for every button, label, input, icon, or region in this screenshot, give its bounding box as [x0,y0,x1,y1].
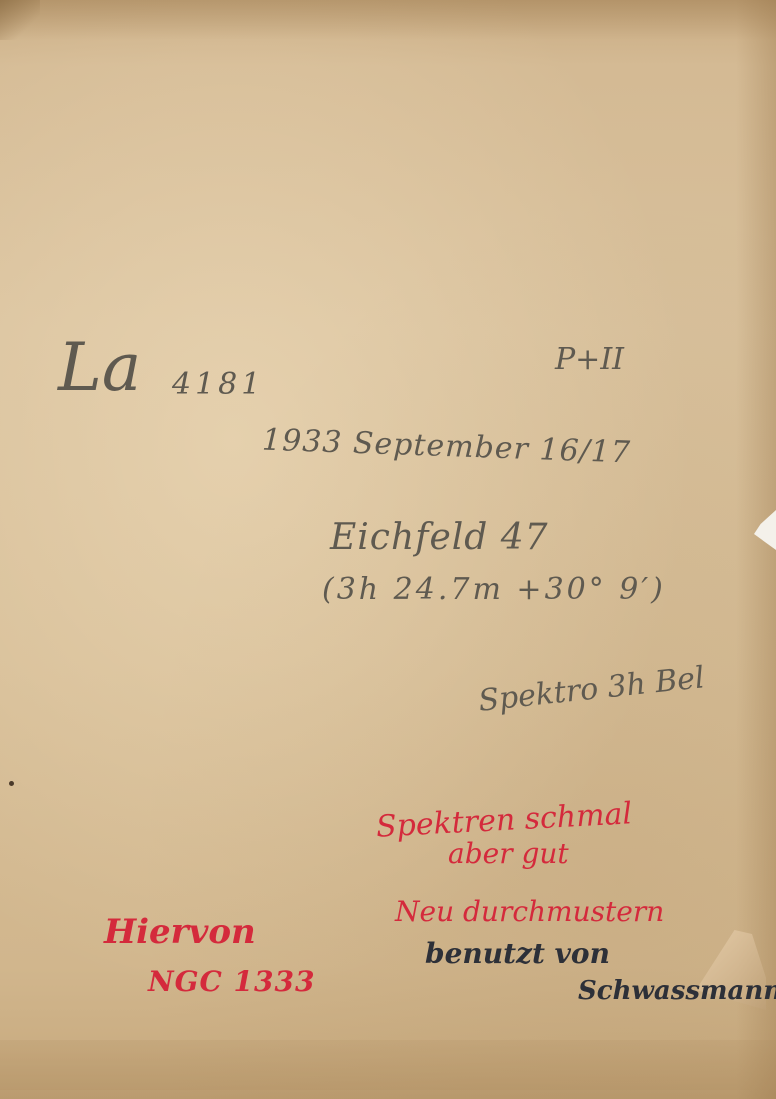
plate-envelope: La 4181 P+II 1933 September 16/17 Eichfe… [0,0,776,1099]
paper-speck [9,781,14,786]
coordinates: (3h 24.7m +30° 9′) [322,575,666,605]
red-annotation-ngc: NGC 1333 [148,968,315,996]
catalog-prefix: La [58,335,141,401]
red-annotation-hiervon: Hiervon [104,915,256,949]
spectra-note: Spektro 3h Bel [477,663,706,717]
field-name: Eichfeld 47 [330,520,549,556]
ink-annotation-used-by: benutzt von [425,940,610,968]
observation-date: 1933 September 16/17 [262,426,632,469]
ink-annotation-signature: Schwassmann [578,978,776,1004]
plate-code: P+II [555,345,624,375]
red-annotation-resurvey: Neu durchmustern [395,898,664,926]
catalog-number: 4181 [172,370,264,400]
red-annotation-but-good: aber gut [448,840,569,868]
top-edge-shading [0,0,776,40]
bottom-fold [0,1040,776,1090]
worn-corner-top-left [0,0,40,40]
